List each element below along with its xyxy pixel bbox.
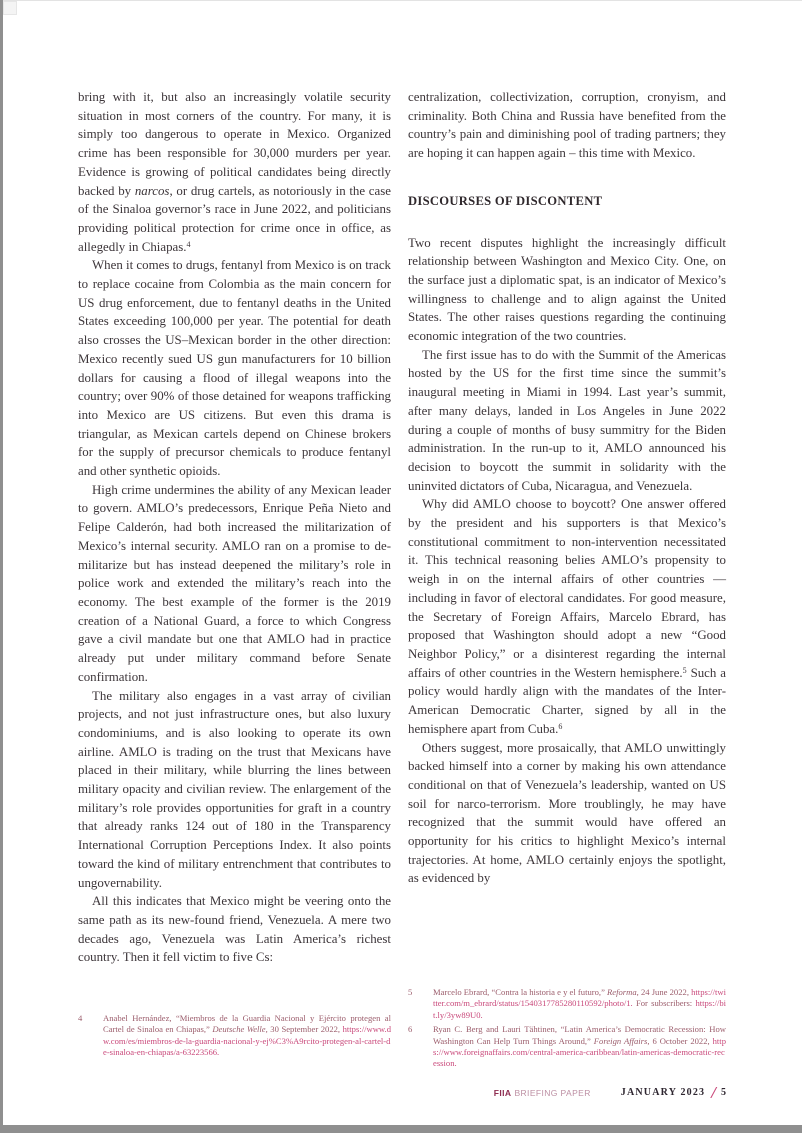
- paragraph: The first issue has to do with the Summi…: [408, 346, 726, 496]
- text-segment: Reforma: [607, 987, 637, 997]
- footnote: 4 Anabel Hernández, “Miembros de la Guar…: [78, 1013, 391, 1059]
- footnote: 6 Ryan C. Berg and Lauri Tähtinen, “Lati…: [408, 1024, 726, 1070]
- footnotes-right: 5 Marcelo Ebrard, “Contra la historia e …: [408, 987, 726, 1073]
- footnote-number: 4: [78, 1013, 103, 1059]
- right-column: centralization, collectivization, corrup…: [408, 88, 726, 888]
- publication-brand: FIIABRIEFING PAPER: [494, 1088, 591, 1098]
- document-page: bring with it, but also an increasingly …: [0, 0, 802, 1133]
- footnote: 5 Marcelo Ebrard, “Contra la historia e …: [408, 987, 726, 1021]
- text-segment: All this indicates that Mexico might be …: [78, 894, 391, 964]
- text-segment: Deutsche Welle: [212, 1024, 265, 1034]
- footnote-ref: 5: [683, 666, 687, 675]
- text-segment: Two recent disputes highlight the increa…: [408, 236, 726, 344]
- brand-briefing-paper: BRIEFING PAPER: [514, 1088, 590, 1098]
- text-segment: centralization, collectivization, corrup…: [408, 90, 726, 160]
- footer-slash: /: [711, 1084, 716, 1101]
- footnote-text: Marcelo Ebrard, “Contra la historia e y …: [433, 987, 726, 1021]
- paragraph: All this indicates that Mexico might be …: [78, 892, 391, 967]
- paragraph: High crime undermines the ability of any…: [78, 481, 391, 687]
- text-segment: , 30 September 2022,: [266, 1024, 343, 1034]
- text-segment: narcos: [135, 184, 170, 198]
- page-edge-left: [0, 0, 3, 1133]
- section-heading: DISCOURSES OF DISCONTENT: [408, 192, 726, 211]
- page-edge-top: [0, 0, 802, 1]
- text-segment: The military also engages in a vast arra…: [78, 689, 391, 890]
- page-footer: FIIABRIEFING PAPER JANUARY 2023 / 5: [494, 1084, 726, 1101]
- footnote-number: 5: [408, 987, 433, 1021]
- text-segment: Others suggest, more prosaically, that A…: [408, 741, 726, 886]
- paragraph: centralization, collectivization, corrup…: [408, 88, 726, 163]
- text-segment: Marcelo Ebrard, “Contra la historia e y …: [433, 987, 607, 997]
- text-segment: For subscribers:: [633, 998, 696, 1008]
- footnote-ref: 4: [186, 240, 190, 249]
- text-segment: Foreign Affairs: [594, 1036, 648, 1046]
- text-segment: , 6 October 2022,: [647, 1036, 712, 1046]
- text-segment: When it comes to drugs, fentanyl from Me…: [78, 258, 391, 478]
- paragraph: Two recent disputes highlight the increa…: [408, 234, 726, 346]
- footnote-text: Ryan C. Berg and Lauri Tähtinen, “Latin …: [433, 1024, 726, 1070]
- brand-fiia: FIIA: [494, 1088, 512, 1098]
- footer-date: JANUARY 2023: [621, 1087, 706, 1098]
- footnotes-left: 4 Anabel Hernández, “Miembros de la Guar…: [78, 1013, 391, 1062]
- text-segment: bring with it, but also an increasingly …: [78, 90, 391, 198]
- paragraph: When it comes to drugs, fentanyl from Me…: [78, 256, 391, 480]
- footer-page-number: 5: [721, 1087, 726, 1098]
- page-edge-bottom: [0, 1125, 802, 1133]
- paragraph: Why did AMLO choose to boycott? One answ…: [408, 495, 726, 738]
- footnote-ref: 6: [558, 722, 562, 731]
- left-column: bring with it, but also an increasingly …: [78, 88, 391, 967]
- text-segment: The first issue has to do with the Summi…: [408, 348, 726, 493]
- text-segment: , 24 June 2022,: [637, 987, 691, 997]
- text-segment: High crime undermines the ability of any…: [78, 483, 391, 684]
- footnote-text: Anabel Hernández, “Miembros de la Guardi…: [103, 1013, 391, 1059]
- page-edge-corner: [3, 1, 17, 15]
- text-segment: Why did AMLO choose to boycott? One answ…: [408, 497, 726, 679]
- paragraph: Others suggest, more prosaically, that A…: [408, 739, 726, 889]
- paragraph: bring with it, but also an increasingly …: [78, 88, 391, 256]
- footnote-number: 6: [408, 1024, 433, 1070]
- paragraph: The military also engages in a vast arra…: [78, 687, 391, 893]
